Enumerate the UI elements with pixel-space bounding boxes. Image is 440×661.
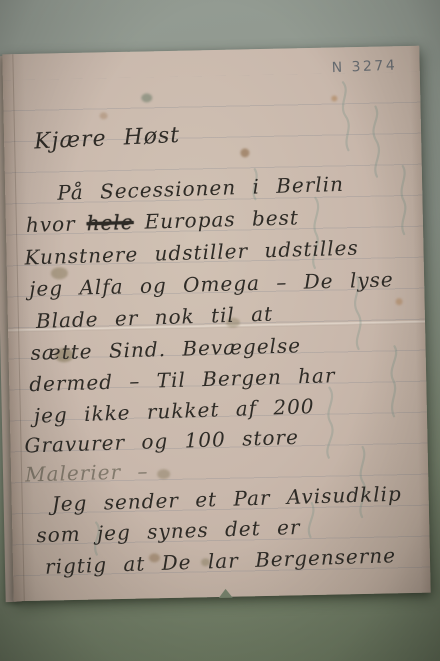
scan-background: N 3274 Kjære Høst På Secessionen i Berli… bbox=[0, 0, 440, 661]
handwriting-line-faded: Malerier – bbox=[25, 458, 149, 487]
paper-stain bbox=[331, 95, 337, 101]
letter-page: N 3274 Kjære Høst På Secessionen i Berli… bbox=[2, 46, 430, 602]
handwriting-word: Europas best bbox=[144, 205, 299, 233]
paper-edge-notch bbox=[219, 589, 233, 598]
handwriting-word: hvor bbox=[26, 212, 76, 237]
archive-number-stamp: N 3274 bbox=[332, 58, 398, 77]
crossed-out-word: hele bbox=[86, 210, 134, 235]
